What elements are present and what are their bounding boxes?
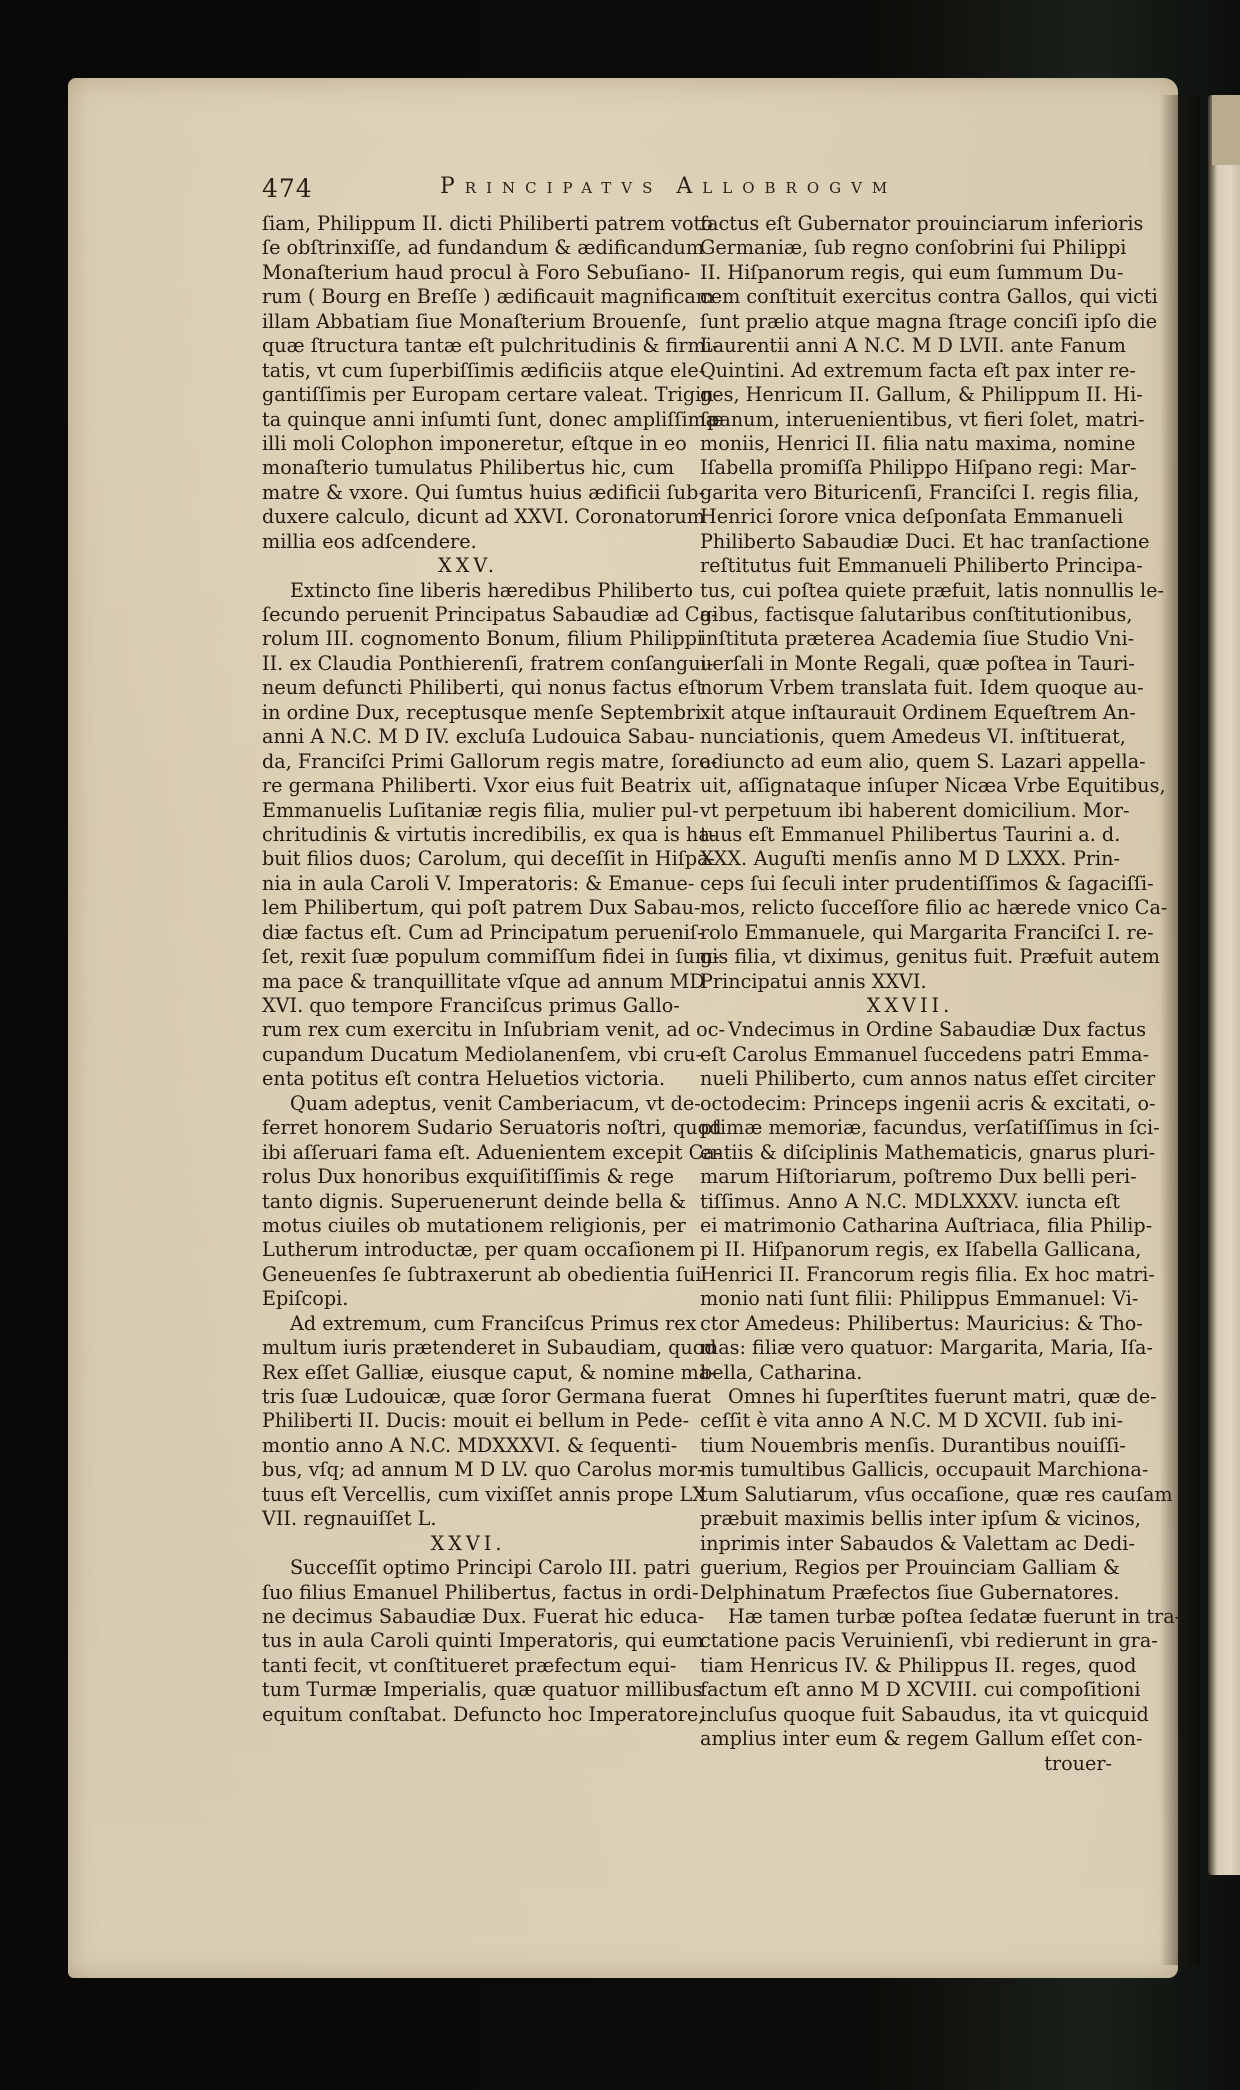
text-line: gibus, factisque ſalutaribus conſtitutio… bbox=[700, 603, 1120, 627]
text-line: motus ciuiles ob mutationem religionis, … bbox=[262, 1214, 674, 1238]
text-line: reſtitutus fuit Emmanueli Philiberto Pri… bbox=[700, 554, 1120, 578]
text-line: factum eſt anno M D XCVIII. cui compoſit… bbox=[700, 1678, 1120, 1702]
text-line: XVI. quo tempore Franciſcus primus Gallo… bbox=[262, 994, 674, 1018]
text-line: Succeſſit optimo Principi Carolo III. pa… bbox=[262, 1556, 674, 1580]
text-line: mis tumultibus Gallicis, occupauit March… bbox=[700, 1458, 1120, 1482]
text-line: Ad extremum, cum Franciſcus Primus rex bbox=[262, 1312, 674, 1336]
text-line: monio nati ſunt filii: Philippus Emmanue… bbox=[700, 1287, 1120, 1311]
text-line: ſet, rexit ſuæ populum commiſſum fidei i… bbox=[262, 945, 674, 969]
text-line: lem Philibertum, qui poſt patrem Dux Sab… bbox=[262, 896, 674, 920]
text-line: VII. regnauiſſet L. bbox=[262, 1507, 674, 1531]
text-line: Laurentii anni A N.C. M D LVII. ante Fan… bbox=[700, 334, 1120, 358]
text-line: Vndecimus in Ordine Sabaudiæ Dux factus bbox=[700, 1018, 1120, 1042]
catchword: trouer- bbox=[700, 1752, 1120, 1776]
text-line: Rex eſſet Galliæ, eiusque caput, & nomin… bbox=[262, 1361, 674, 1385]
adjacent-page-tab bbox=[1212, 95, 1240, 165]
text-line: garita vero Bituricenſi, Franciſci I. re… bbox=[700, 481, 1120, 505]
text-line: Principatui annis XXVI. bbox=[700, 970, 1120, 994]
text-line: rum rex cum exercitu in Inſubriam venit,… bbox=[262, 1018, 674, 1042]
text-line: tus in aula Caroli quinti Imperatoris, q… bbox=[262, 1629, 674, 1653]
text-line: pi II. Hiſpanorum regis, ex Iſabella Gal… bbox=[700, 1238, 1120, 1262]
text-line: neum defuncti Philiberti, qui nonus fact… bbox=[262, 676, 674, 700]
text-line: incluſus quoque fuit Sabaudus, ita vt qu… bbox=[700, 1703, 1120, 1727]
text-line: Iſabella promiſſa Philippo Hiſpano regi:… bbox=[700, 456, 1120, 480]
text-line: entiis & diſciplinis Mathematicis, gnaru… bbox=[700, 1141, 1120, 1165]
text-line: Lutherum introductæ, per quam occaſionem bbox=[262, 1238, 674, 1262]
text-line: gantiſſimis per Europam certare valeat. … bbox=[262, 383, 674, 407]
text-line: inſtituta præterea Academia ſiue Studio … bbox=[700, 627, 1120, 651]
running-head: PrincipatvsAllobrogvm bbox=[440, 174, 897, 199]
text-line: re germana Philiberti. Vxor eius fuit Be… bbox=[262, 774, 674, 798]
text-line: da, Franciſci Primi Gallorum regis matre… bbox=[262, 750, 674, 774]
section-number: XXVII. bbox=[700, 994, 1120, 1018]
text-line: uit, aſſignataque inſuper Nicæa Vrbe Equ… bbox=[700, 774, 1120, 798]
text-line: ſpanum, interuenientibus, vt fieri ſolet… bbox=[700, 408, 1120, 432]
text-line: ibi aſſeruari fama eſt. Aduenientem exce… bbox=[262, 1141, 674, 1165]
text-line: ta quinque anni inſumti ſunt, donec ampl… bbox=[262, 408, 674, 432]
section-number: XXVI. bbox=[262, 1532, 674, 1556]
text-line: illam Abbatiam ſiue Monaſterium Brouenſe… bbox=[262, 310, 674, 334]
text-column-left: ſiam, Philippum II. dicti Philiberti pat… bbox=[262, 212, 674, 1727]
text-line: bus, vſq; ad annum M D LV. quo Carolus m… bbox=[262, 1458, 674, 1482]
text-line: tris ſuæ Ludouicæ, quæ ſoror Germana fue… bbox=[262, 1385, 674, 1409]
text-line: ſunt prælio atque magna ſtrage conciſi i… bbox=[700, 310, 1120, 334]
text-line: tiam Henricus IV. & Philippus II. reges,… bbox=[700, 1654, 1120, 1678]
text-line: Omnes hi ſuperſtites fuerunt matri, quæ … bbox=[700, 1385, 1120, 1409]
text-line: II. Hiſpanorum regis, qui eum ſummum Du- bbox=[700, 261, 1120, 285]
text-line: Philiberti II. Ducis: mouit ei bellum in… bbox=[262, 1409, 674, 1433]
text-line: tanto dignis. Superuenerunt deinde bella… bbox=[262, 1190, 674, 1214]
text-line: rolum III. cognomento Bonum, filium Phil… bbox=[262, 627, 674, 651]
text-line: illi moli Colophon imponeretur, eſtque i… bbox=[262, 432, 674, 456]
running-head-word-2: Allobrogvm bbox=[676, 174, 897, 199]
text-line: monaſterio tumulatus Philibertus hic, cu… bbox=[262, 456, 674, 480]
text-line: inprimis inter Sabaudos & Valettam ac De… bbox=[700, 1532, 1120, 1556]
text-column-right: factus eſt Gubernator prouinciarum infer… bbox=[700, 212, 1120, 1776]
text-line: equitum conſtabat. Defuncto hoc Imperato… bbox=[262, 1703, 674, 1727]
text-line: marum Hiſtoriarum, poſtremo Dux belli pe… bbox=[700, 1165, 1120, 1189]
text-line: ei matrimonio Catharina Auſtriaca, filia… bbox=[700, 1214, 1120, 1238]
section-number: XXV. bbox=[262, 554, 674, 578]
text-line: Extincto ſine liberis hæredibus Philiber… bbox=[262, 579, 674, 603]
text-line: ſecundo peruenit Principatus Sabaudiæ ad… bbox=[262, 603, 674, 627]
text-line: Quintini. Ad extremum facta eſt pax inte… bbox=[700, 359, 1120, 383]
text-line: ne decimus Sabaudiæ Dux. Fuerat hic educ… bbox=[262, 1605, 674, 1629]
text-line: eſt Carolus Emmanuel ſuccedens patri Emm… bbox=[700, 1043, 1120, 1067]
text-line: gis filia, vt diximus, genitus fuit. Præ… bbox=[700, 945, 1120, 969]
text-line: rolo Emmanuele, qui Margarita Franciſci … bbox=[700, 921, 1120, 945]
text-line: ctatione pacis Veruinienſi, vbi redierun… bbox=[700, 1629, 1120, 1653]
text-line: XXX. Auguſti menſis anno M D LXXX. Prin- bbox=[700, 847, 1120, 871]
running-head-word-1: Principatvs bbox=[440, 174, 662, 199]
text-line: tuus eſt Emmanuel Philibertus Taurini a.… bbox=[700, 823, 1120, 847]
text-line: Geneuenſes ſe ſubtraxerunt ab obedientia… bbox=[262, 1263, 674, 1287]
text-line: adiuncto ad eum alio, quem S. Lazari app… bbox=[700, 750, 1120, 774]
text-line: rum ( Bourg en Breſſe ) ædificauit magni… bbox=[262, 285, 674, 309]
text-line: duxere calculo, dicunt ad XXVI. Coronato… bbox=[262, 505, 674, 529]
text-line: mas: filiæ vero quatuor: Margarita, Mari… bbox=[700, 1336, 1120, 1360]
text-line: Germaniæ, ſub regno conſobrini ſui Phili… bbox=[700, 236, 1120, 260]
text-line: factus eſt Gubernator prouinciarum infer… bbox=[700, 212, 1120, 236]
text-line: cupandum Ducatum Mediolanenſem, vbi cru- bbox=[262, 1043, 674, 1067]
text-line: Hæ tamen turbæ poſtea ſedatæ fuerunt in … bbox=[700, 1605, 1120, 1629]
text-line: Emmanuelis Luſitaniæ regis filia, mulier… bbox=[262, 799, 674, 823]
text-line: bella, Catharina. bbox=[700, 1361, 1120, 1385]
text-line: matre & vxore. Qui ſumtus huius ædificii… bbox=[262, 481, 674, 505]
text-line: rolus Dux honoribus exquiſitiſſimis & re… bbox=[262, 1165, 674, 1189]
text-line: ceſſit è vita anno A N.C. M D XCVII. ſub… bbox=[700, 1409, 1120, 1433]
text-line: ſiam, Philippum II. dicti Philiberti pat… bbox=[262, 212, 674, 236]
text-line: enta potitus eſt contra Heluetios victor… bbox=[262, 1067, 674, 1091]
text-line: ptimæ memoriæ, facundus, verſatiſſimus i… bbox=[700, 1116, 1120, 1140]
text-line: nunciationis, quem Amedeus VI. inſtituer… bbox=[700, 725, 1120, 749]
text-line: Quam adeptus, venit Camberiacum, vt de- bbox=[262, 1092, 674, 1116]
text-line: ſuo filius Emanuel Philibertus, factus i… bbox=[262, 1581, 674, 1605]
text-line: ma pace & tranquillitate vſque ad annum … bbox=[262, 970, 674, 994]
text-line: Epiſcopi. bbox=[262, 1287, 674, 1311]
text-line: montio anno A N.C. MDXXXVI. & ſequenti- bbox=[262, 1434, 674, 1458]
text-line: amplius inter eum & regem Gallum eſſet c… bbox=[700, 1727, 1120, 1751]
text-line: nia in aula Caroli V. Imperatoris: & Ema… bbox=[262, 872, 674, 896]
text-line: norum Vrbem translata fuit. Idem quoque … bbox=[700, 676, 1120, 700]
text-line: anni A N.C. M D IV. excluſa Ludouica Sab… bbox=[262, 725, 674, 749]
text-line: II. ex Claudia Ponthierenſi, fratrem con… bbox=[262, 652, 674, 676]
text-line: chritudinis & virtutis incredibilis, ex … bbox=[262, 823, 674, 847]
text-line: millia eos adſcendere. bbox=[262, 530, 674, 554]
text-line: multum iuris prætenderet in Subaudiam, q… bbox=[262, 1336, 674, 1360]
text-line: in ordine Dux, receptusque menſe Septemb… bbox=[262, 701, 674, 725]
text-line: cem conſtituit exercitus contra Gallos, … bbox=[700, 285, 1120, 309]
text-line: tum Salutiarum, vſus occaſione, quæ res … bbox=[700, 1483, 1120, 1507]
text-line: ceps ſui ſeculi inter prudentiſſimos & ſ… bbox=[700, 872, 1120, 896]
text-line: xit atque inſtaurauit Ordinem Equeſtrem … bbox=[700, 701, 1120, 725]
page-number: 474 bbox=[262, 174, 313, 203]
text-line: nueli Philiberto, cum annos natus eſſet … bbox=[700, 1067, 1120, 1091]
text-line: quæ ſtructura tantæ eſt pulchritudinis &… bbox=[262, 334, 674, 358]
text-line: præbuit maximis bellis inter ipſum & vic… bbox=[700, 1507, 1120, 1531]
text-line: ſe obſtrinxiſſe, ad fundandum & ædifican… bbox=[262, 236, 674, 260]
text-line: octodecim: Princeps ingenii acris & exci… bbox=[700, 1092, 1120, 1116]
adjacent-page-edge bbox=[1208, 95, 1240, 1875]
text-line: Henrici ſorore vnica deſponſata Emmanuel… bbox=[700, 505, 1120, 529]
text-line: moniis, Henrici II. filia natu maxima, n… bbox=[700, 432, 1120, 456]
text-line: vt perpetuum ibi haberent domicilium. Mo… bbox=[700, 799, 1120, 823]
text-line: tium Nouembris menſis. Durantibus nouiſſ… bbox=[700, 1434, 1120, 1458]
text-line: tiſſimus. Anno A N.C. MDLXXXV. iuncta eſ… bbox=[700, 1190, 1120, 1214]
page-header: 474 PrincipatvsAllobrogvm bbox=[262, 172, 1082, 212]
text-line: tuus eſt Vercellis, cum vixiſſet annis p… bbox=[262, 1483, 674, 1507]
text-line: Monaſterium haud procul à Foro Sebuſiano… bbox=[262, 261, 674, 285]
text-line: tus, cui poſtea quiete præfuit, latis no… bbox=[700, 579, 1120, 603]
text-line: diæ factus eſt. Cum ad Principatum perue… bbox=[262, 921, 674, 945]
text-line: Henrici II. Francorum regis filia. Ex ho… bbox=[700, 1263, 1120, 1287]
text-line: guerium, Regios per Prouinciam Galliam & bbox=[700, 1556, 1120, 1580]
text-line: ges, Henricum II. Gallum, & Philippum II… bbox=[700, 383, 1120, 407]
text-line: ferret honorem Sudario Seruatoris noſtri… bbox=[262, 1116, 674, 1140]
gutter-shadow bbox=[1160, 95, 1200, 1965]
text-line: Philiberto Sabaudiæ Duci. Et hac tranſac… bbox=[700, 530, 1120, 554]
text-line: mos, relicto ſucceſſore filio ac hærede … bbox=[700, 896, 1120, 920]
text-line: tum Turmæ Imperialis, quæ quatuor millib… bbox=[262, 1678, 674, 1702]
text-line: tanti fecit, vt conſtitueret præfectum e… bbox=[262, 1654, 674, 1678]
text-line: ctor Amedeus: Philibertus: Mauricius: & … bbox=[700, 1312, 1120, 1336]
text-line: tatis, vt cum ſuperbiſſimis ædificiis at… bbox=[262, 359, 674, 383]
text-line: buit filios duos; Carolum, qui deceſſit … bbox=[262, 847, 674, 871]
text-line: Delphinatum Præfectos ſiue Gubernatores. bbox=[700, 1581, 1120, 1605]
text-line: uerſali in Monte Regali, quæ poſtea in T… bbox=[700, 652, 1120, 676]
